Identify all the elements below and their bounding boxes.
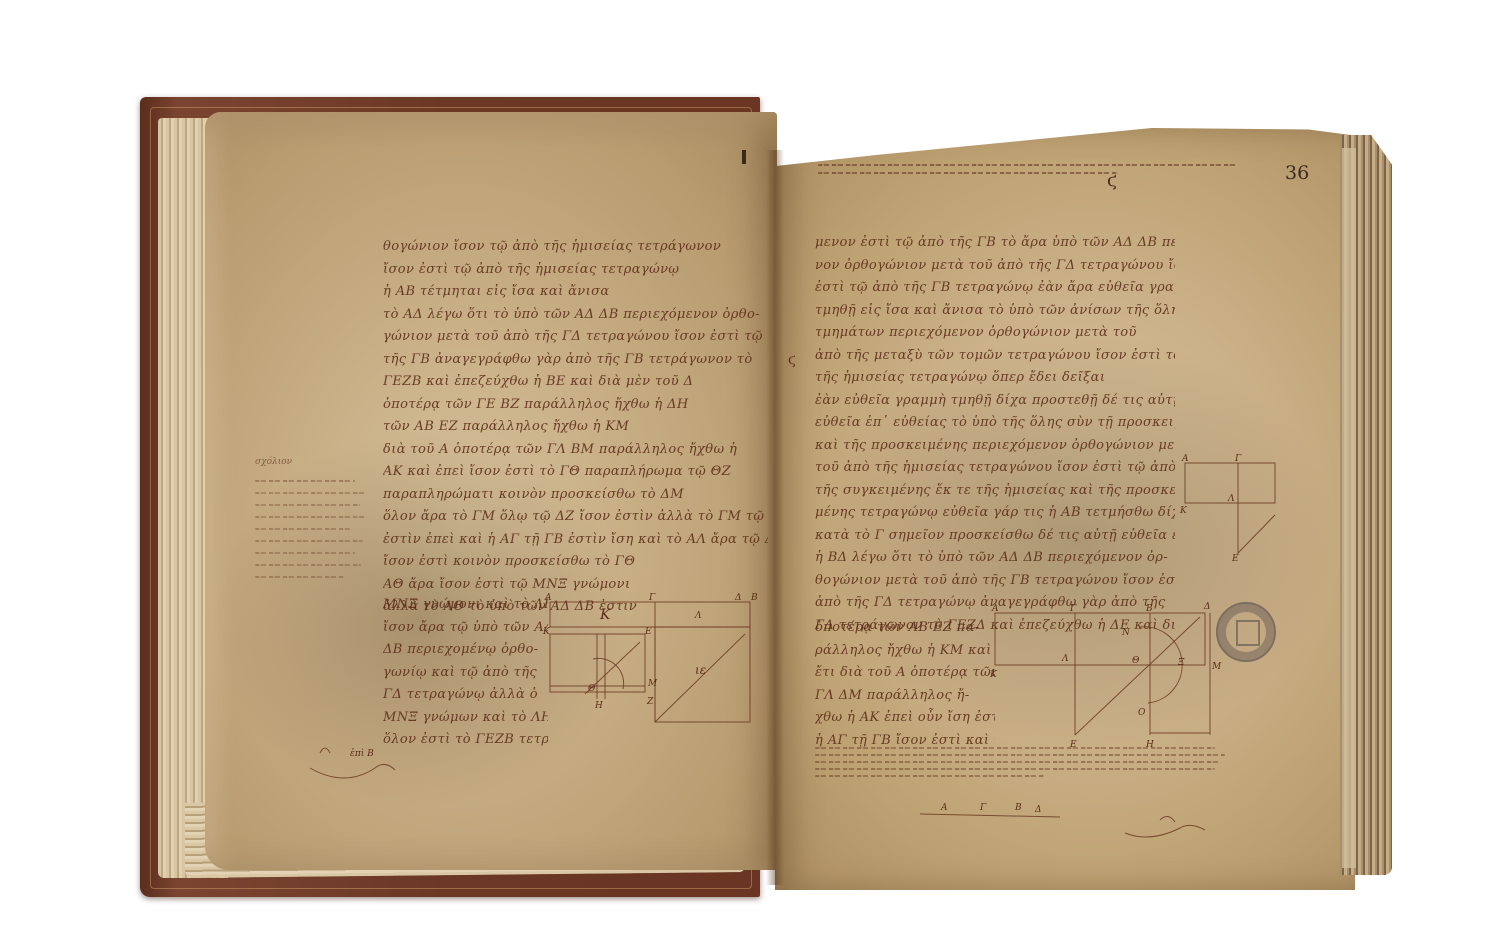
diagram-label: Γ <box>1234 454 1242 464</box>
left-page-top-shade <box>205 112 777 152</box>
text-line: ἴσον ἐστὶ κοινὸν προσκείσθω τὸ ΓΘ <box>383 551 768 574</box>
scholion-line <box>818 172 1118 174</box>
text-line: ἐστὶν ἐπεὶ καὶ ἡ ΑΓ τῇ ΓΒ ἐστὶν ἴση καὶ … <box>383 529 768 552</box>
gloss-line <box>255 528 350 530</box>
library-stamp <box>1216 602 1276 662</box>
left-main-text: θογώνιον ἴσον τῷ ἀπὸ τῆς ἡμισείας τετράγ… <box>383 236 768 619</box>
diagram-label: Α <box>940 803 948 813</box>
right-main-text: μενον ἐστὶ τῷ ἀπὸ τῆς ΓΒ τὸ ἄρα ὑπὸ τῶν … <box>815 232 1175 637</box>
diagram-label: Α <box>991 604 999 614</box>
scholion-line <box>815 775 1045 777</box>
diagram-label: Θ <box>588 684 596 694</box>
text-line: μενον ἐστὶ τῷ ἀπὸ τῆς ΓΒ τὸ ἄρα ὑπὸ τῶν … <box>815 232 1175 255</box>
text-line: ΓΔ τετραγώνῳ ἀλλὰ ὁ <box>383 684 548 707</box>
left-scribal-flourish: ἐπὶ Β <box>305 738 445 788</box>
text-line: ἴσον ἄρα τῷ ὑπὸ τῶν ΑΔ <box>383 617 548 640</box>
diagram-label: Η <box>594 701 603 711</box>
section-number: ϛ <box>1107 170 1117 191</box>
scholion-line <box>815 747 1215 749</box>
diagram-label: Α <box>1181 454 1189 464</box>
text-line: ἀπὸ τῆς μεταξὺ τῶν τομῶν τετραγώνου ἴσον… <box>815 345 1175 368</box>
diagram-label: Β <box>750 593 758 603</box>
gloss-line <box>255 516 365 518</box>
gloss-line <box>255 504 360 506</box>
proposition-marker: ϛ <box>788 352 796 368</box>
text-line: τμηθῇ εἰς ἴσα καὶ ἄνισα τὸ ὑπὸ τῶν ἀνίσω… <box>815 300 1175 323</box>
diagram-label: Ξ <box>1177 658 1185 668</box>
margin-note: σχόλιον <box>255 455 375 470</box>
diagram-label: Μ <box>1211 662 1222 672</box>
right-top-scholion <box>818 158 1258 180</box>
text-line: διὰ τοῦ Α ὁποτέρᾳ τῶν ΓΛ ΒΜ παράλληλος ἤ… <box>383 439 768 462</box>
text-line: καὶ τῆς προσκειμένης περιεχόμενον ὀρθογώ… <box>815 435 1175 458</box>
right-narrow-text: ὁποτέρᾳ τῶν ΑΒ ΕΖ πα- ράλληλος ἤχθω ἡ ΚΜ… <box>815 617 995 752</box>
text-line: τοῦ ἀπὸ τῆς ἡμισείας τετραγώνου ἴσον ἐστ… <box>815 457 1175 480</box>
text-line: ὅλον ἄρα τὸ ΓΜ ὅλῳ τῷ ΔΖ ἴσον ἐστὶν ἀλλὰ… <box>383 506 768 529</box>
diagram-label: Γ <box>648 593 656 603</box>
diagram-label: Κ <box>989 670 998 680</box>
gloss-line <box>255 492 365 494</box>
diagram-label: Κ <box>1179 506 1188 516</box>
gloss-line <box>255 540 363 542</box>
flourish-text: ἐπὶ Β <box>350 748 374 759</box>
text-line: μένης τετραγώνῳ εὐθεῖα γάρ τις ἡ ΑΒ τετμ… <box>815 502 1175 525</box>
text-line: τῆς ἡμισείας τετραγώνῳ ὅπερ ἔδει δεῖξαι <box>815 367 1175 390</box>
text-line: θογώνιον μετὰ τοῦ ἀπὸ τῆς ΓΒ τετραγώνου … <box>815 570 1175 593</box>
right-bottom-scholion <box>815 742 1225 782</box>
diagram-label: Δ <box>734 593 742 603</box>
diagram-label: Ζ <box>646 697 654 707</box>
text-line: θογώνιον ἴσον τῷ ἀπὸ τῆς ἡμισείας τετράγ… <box>383 236 768 259</box>
gutter-shadow <box>766 150 784 885</box>
text-line: γώνιον μετὰ τοῦ ἀπὸ τῆς ΓΔ τετραγώνου ἴσ… <box>383 326 768 349</box>
scholion-line <box>818 164 1238 166</box>
right-geometry-diagram: Α Γ Β Δ Κ Λ Θ Μ Ν Ξ Ο Ε Η <box>990 605 1220 745</box>
text-line: ὁποτέρᾳ τῶν ΓΕ ΒΖ παράλληλος ἤχθω ἡ ΔΗ <box>383 394 768 417</box>
diagram-label: Δ <box>1203 602 1211 612</box>
scholion-line <box>815 761 1220 763</box>
right-page-edge-highlight <box>1342 148 1356 868</box>
manuscript-photo: θογώνιον ἴσον τῷ ἀπὸ τῆς ἡμισείας τετράγ… <box>0 0 1500 950</box>
diagram-label: Λ <box>1227 494 1235 504</box>
diagram-label: Γ <box>1069 604 1077 614</box>
text-line: χθω ἡ ΑΚ ἐπεὶ οὖν ἴση ἐστὶν <box>815 707 995 730</box>
diagram-label: Λ <box>1061 654 1069 664</box>
text-line: ΜΝΞ γνώμονι καὶ τὸ ΛΗ <box>383 594 548 617</box>
text-line: παραπληρώματι κοινὸν προσκείσθω τὸ ΔΜ <box>383 484 768 507</box>
text-line: τὸ ΑΔ λέγω ὅτι τὸ ὑπὸ τῶν ΑΔ ΔΒ περιεχόμ… <box>383 304 768 327</box>
text-line: ἡ ΑΒ τέτμηται εἰς ἴσα καὶ ἄνισα <box>383 281 768 304</box>
diagram-label: Δ <box>1034 805 1042 815</box>
left-narrow-text: ΜΝΞ γνώμονι καὶ τὸ ΛΗ ἴσον ἄρα τῷ ὑπὸ τῶ… <box>383 594 548 752</box>
gloss-line <box>255 480 355 482</box>
text-line: ΔΒ περιεχομένῳ ὀρθο- <box>383 639 548 662</box>
stamp-crest <box>1236 620 1260 646</box>
text-line: ὁποτέρᾳ τῶν ΑΒ ΕΖ πα- <box>815 617 995 640</box>
text-line: ἴσον ἐστὶ τῷ ἀπὸ τῆς ἡμισείας τετραγώνῳ <box>383 259 768 282</box>
text-line: ΓΛ ΔΜ παράλληλος ἤ- <box>815 685 995 708</box>
diagram-label: Γ <box>979 803 987 813</box>
text-line: ΓΕΖΒ καὶ ἐπεζεύχθω ἡ ΒΕ καὶ διὰ μὲν τοῦ … <box>383 371 768 394</box>
folio-number: 36 <box>1285 162 1309 184</box>
left-margin-gloss: σχόλιον <box>255 455 375 588</box>
diagram-label: Κ <box>599 607 612 623</box>
right-margin-diagram: Α Γ Κ Λ Ε <box>1180 455 1280 560</box>
text-line: νον ὀρθογώνιον μετὰ τοῦ ἀπὸ τῆς ΓΔ τετρα… <box>815 255 1175 278</box>
gloss-line <box>255 564 361 566</box>
text-line: τῆς συγκειμένης ἔκ τε τῆς ἡμισείας καὶ τ… <box>815 480 1175 503</box>
text-line: ἐστὶ τῷ ἀπὸ τῆς ΓΒ τετραγώνῳ ἐὰν ἄρα εὐθ… <box>815 277 1175 300</box>
diagram-label: Α <box>544 593 552 603</box>
diagram-label: Κ <box>542 627 551 637</box>
diagram-label: Λ <box>694 611 702 621</box>
text-line: ΑΚ καὶ ἐπεὶ ἴσον ἐστὶ τὸ ΓΘ παραπλήρωμα … <box>383 461 768 484</box>
diagram-label: Ο <box>1138 708 1146 718</box>
text-line: γωνίῳ καὶ τῷ ἀπὸ τῆς <box>383 662 548 685</box>
text-line: τμημάτων περιεχόμενον ὀρθογώνιον μετὰ το… <box>815 322 1175 345</box>
bookmark-thread <box>742 150 746 164</box>
gloss-line <box>255 552 355 554</box>
text-line: ἐὰν εὐθεῖα γραμμὴ τμηθῇ δίχα προστεθῇ δέ… <box>815 390 1175 413</box>
text-line: τῶν ΑΒ ΕΖ παράλληλος ἤχθω ἡ ΚΜ <box>383 416 768 439</box>
diagram-label: Β <box>1145 604 1153 614</box>
diagram-label: Β <box>1014 803 1022 813</box>
diagram-label: Μ <box>647 679 658 689</box>
text-line: ράλληλος ἤχθω ἡ ΚΜ καὶ <box>815 640 995 663</box>
text-line: ΜΝΞ γνώμων καὶ τὸ ΛΗ <box>383 707 548 730</box>
text-line: κατὰ τὸ Γ σημεῖον προσκείσθω δέ τις αὐτῇ… <box>815 525 1175 548</box>
right-scribal-flourish <box>1120 808 1220 848</box>
text-line: ἔτι διὰ τοῦ Α ὁποτέρᾳ τῶν <box>815 662 995 685</box>
text-line: τῆς ΓΒ ἀναγεγράφθω γὰρ ἀπὸ τῆς ΓΒ τετράγ… <box>383 349 768 372</box>
diagram-label: ιε <box>695 663 706 677</box>
gloss-line <box>255 576 345 578</box>
scholion-line <box>815 754 1225 756</box>
diagram-label: Θ <box>1132 656 1140 666</box>
diagram-label: Ε <box>1231 554 1239 564</box>
left-geometry-diagram: Α Κ Γ Δ Β Κ Λ Θ Ε Η Ζ Μ ιε <box>545 594 765 724</box>
right-line-diagram: Α Γ Β Δ <box>915 800 1065 830</box>
text-line: ἡ ΒΔ λέγω ὅτι τὸ ὑπὸ τῶν ΑΔ ΔΒ περιεχόμε… <box>815 547 1175 570</box>
scholion-line <box>815 768 1215 770</box>
text-line: εὐθεῖα ἐπ᾽ εὐθείας τὸ ὑπὸ τῆς ὅλης σὺν τ… <box>815 412 1175 435</box>
diagram-label: Ε <box>644 627 652 637</box>
diagram-label: Ν <box>1121 628 1131 638</box>
text-line: ΑΘ ἄρα ἴσον ἐστὶ τῷ ΜΝΞ γνώμονι <box>383 574 768 597</box>
